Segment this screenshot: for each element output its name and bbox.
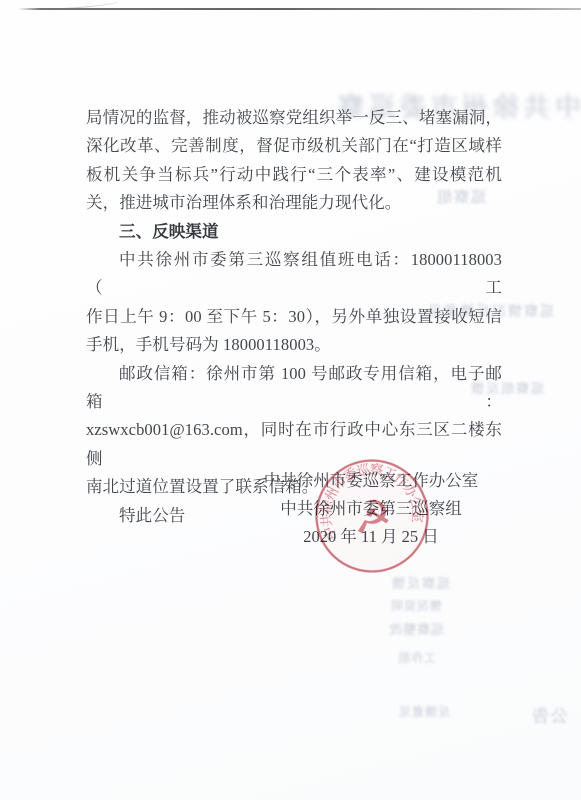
bleedthrough-text: 工作组: [386, 649, 436, 663]
bleedthrough-text: 情况说明: [386, 597, 442, 612]
document-line: xzswxcb001@163.com，同时在市行政中心东三区二楼东侧: [86, 416, 502, 473]
photo-edge-line: [18, 8, 581, 10]
document-line: 局情况的监督，推动被巡察党组织举一反三、堵塞漏洞，: [86, 104, 502, 132]
document-line: 关，推进城市治理体系和治理能力现代化。: [86, 189, 502, 217]
document-line: 深化改革、完善制度，督促市级机关部门在“打造区域样: [86, 132, 502, 160]
bleedthrough-text: 公告: [512, 702, 568, 724]
document-line: 作日上午 9：00 至下午 5：30），另外单独设置接收短信: [86, 303, 502, 331]
party-emblem-icon: ☭: [349, 489, 395, 545]
document-line: 板机关争当标兵”行动中践行“三个表率”、建设模范机: [86, 161, 502, 189]
document-line: 手机，手机号码为 18000118003。: [86, 331, 502, 359]
document-line: 中共徐州市委第三巡察组值班电话：18000118003（工: [86, 246, 502, 303]
document-photo: 中共徐州市委巡察 巡察组 巡察情况反馈意见 巡察组反馈 巡察反馈 情况说明 巡察…: [0, 0, 581, 800]
section-heading: 三、反映渠道: [86, 218, 502, 246]
bleedthrough-text: 反馈意见: [398, 703, 450, 717]
bleedthrough-text: 巡察整改: [382, 619, 444, 635]
official-seal-stamp: 中共徐州市委巡察工作办公室 ☭: [304, 448, 440, 584]
document-line: 邮政信箱：徐州市第 100 号邮政专用信箱，电子邮箱：: [86, 360, 502, 417]
bleedthrough-text: 巡察反馈: [374, 573, 450, 589]
